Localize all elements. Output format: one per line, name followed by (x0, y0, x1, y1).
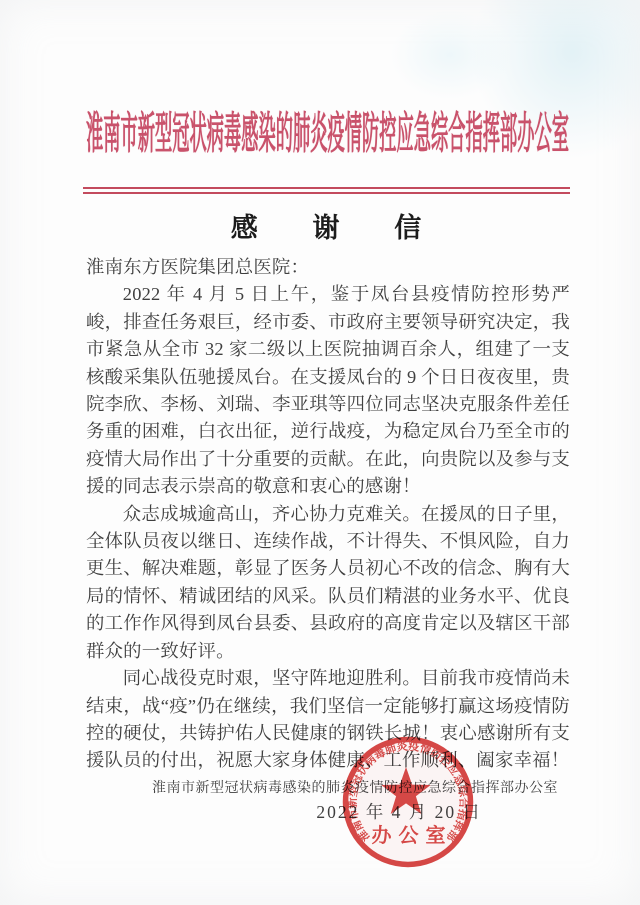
official-stamp-icon: 淮南市新型冠状病毒肺炎疫情防控应急综合指挥部 办公室 (342, 736, 474, 868)
letter-paragraph: 2022 年 4 月 5 日上午，鉴于凤台县疫情防控形势严峻，排查任务艰巨，经市… (86, 281, 570, 500)
letter-title: 感 谢 信 (84, 206, 568, 245)
letter-paragraphs: 2022 年 4 月 5 日上午，鉴于凤台县疫情防控形势严峻，排查任务艰巨，经市… (86, 281, 570, 774)
letter-body: 淮南东方医院集团总医院： 2022 年 4 月 5 日上午，鉴于凤台县疫情防控形… (86, 254, 570, 775)
header-double-rule (83, 187, 570, 194)
scan-smudge (390, 10, 510, 100)
letter-paragraph: 同心战役克时艰，坚守阵地迎胜利。目前我市疫情尚未结束，战“疫”仍在继续，我们坚信… (86, 665, 570, 775)
stamp-office-text: 办公室 (372, 823, 453, 847)
scanned-letter-page: 淮南市新型冠状病毒感染的肺炎疫情防控应急综合指挥部办公室 感 谢 信 淮南东方医… (0, 0, 640, 905)
letter-paragraph: 众志成城逾高山，齐心协力克难关。在援凤的日子里，全体队员夜以继日、连续作战，不计… (86, 501, 570, 665)
org-header-title: 淮南市新型冠状病毒感染的肺炎疫情防控应急综合指挥部办公室 (86, 111, 569, 157)
salutation: 淮南东方医院集团总医院： (86, 254, 570, 281)
